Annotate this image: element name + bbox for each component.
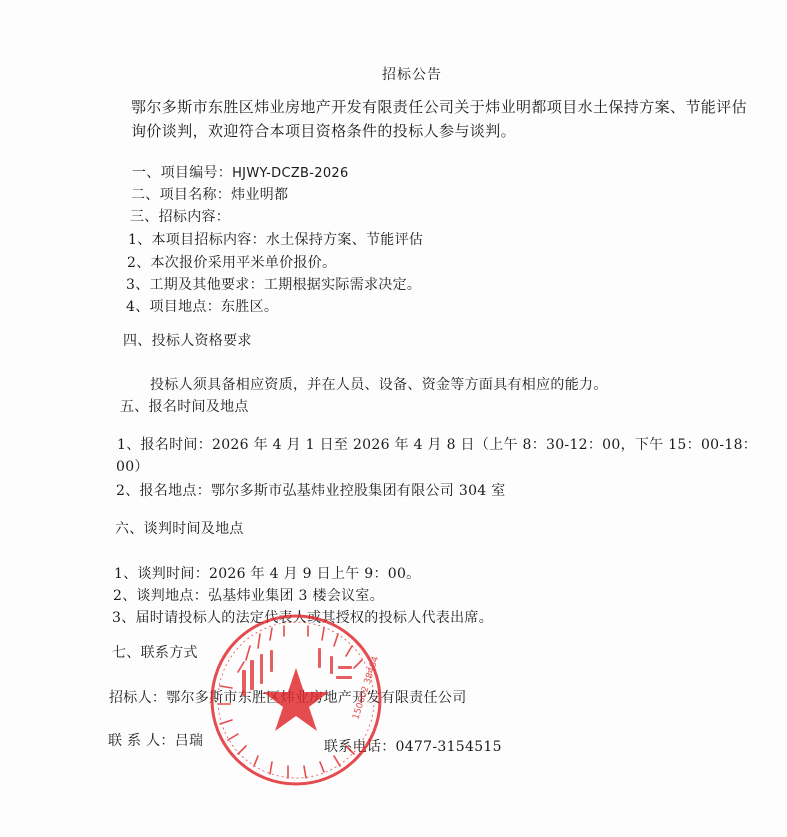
registration-location: 2、报名地点：鄂尔多斯市弘基炜业控股集团有限公司 304 室 bbox=[116, 482, 506, 500]
negotiation-attendance: 3、届时请投标人的法定代表人或其授权的投标人代表出席。 bbox=[112, 609, 493, 627]
negotiation-heading: 六、谈判时间及地点 bbox=[115, 520, 244, 538]
contact-phone: 联系电话：0477-3154515 bbox=[324, 738, 502, 756]
bidder-qualification-heading: 四、投标人资格要求 bbox=[123, 332, 252, 350]
bidder-qualification-body: 投标人须具备相应资质，并在人员、设备、资金等方面具有相应的能力。 bbox=[150, 376, 608, 394]
intro-line-2: 询价谈判，欢迎符合本项目资格条件的投标人参与谈判。 bbox=[131, 122, 516, 140]
tenderer-name: 招标人：鄂尔多斯市东胜区炜业房地产开发有限责任公司 bbox=[109, 689, 467, 707]
stamp-code: 150602 38464 bbox=[351, 655, 381, 721]
document-title: 招标公告 bbox=[382, 66, 442, 84]
registration-heading: 五、报名时间及地点 bbox=[120, 398, 249, 416]
negotiation-time: 1、谈判时间：2026 年 4 月 9 日上午 9：00。 bbox=[114, 565, 420, 583]
tender-content-item-3: 3、工期及其他要求：工期根据实际需求决定。 bbox=[126, 276, 421, 294]
tender-content-item-4: 4、项目地点：东胜区。 bbox=[126, 298, 278, 316]
tender-content-heading: 三、招标内容： bbox=[130, 208, 230, 226]
registration-time: 1、报名时间：2026 年 4 月 1 日至 2026 年 4 月 8 日（上午… bbox=[117, 436, 757, 454]
tender-content-item-1: 1、本项目招标内容：水土保持方案、节能评估 bbox=[128, 231, 423, 249]
project-name-label: 二、项目名称： bbox=[131, 187, 231, 203]
project-name-value: 炜业明都 bbox=[231, 187, 288, 203]
document-page: 招标公告 鄂尔多斯市东胜区炜业房地产开发有限责任公司关于炜业明都项目水土保持方案… bbox=[0, 0, 787, 837]
negotiation-location: 2、谈判地点：弘基炜业集团 3 楼会议室。 bbox=[113, 587, 384, 605]
tender-content-item-2: 2、本次报价采用平米单价报价。 bbox=[127, 254, 336, 272]
project-number-value: HJWY-DCZB-2026 bbox=[232, 166, 348, 181]
project-number-row: 一、项目编号：HJWY-DCZB-2026 bbox=[132, 164, 349, 183]
registration-time-cont: 00） bbox=[116, 458, 149, 476]
project-name-row: 二、项目名称：炜业明都 bbox=[131, 186, 288, 204]
intro-line-1: 鄂尔多斯市东胜区炜业房地产开发有限责任公司关于炜业明都项目水土保持方案、节能评估 bbox=[131, 98, 747, 116]
project-number-label: 一、项目编号： bbox=[132, 165, 232, 181]
contact-heading: 七、联系方式 bbox=[112, 644, 198, 662]
contact-person: 联 系 人：吕瑞 bbox=[108, 732, 203, 750]
